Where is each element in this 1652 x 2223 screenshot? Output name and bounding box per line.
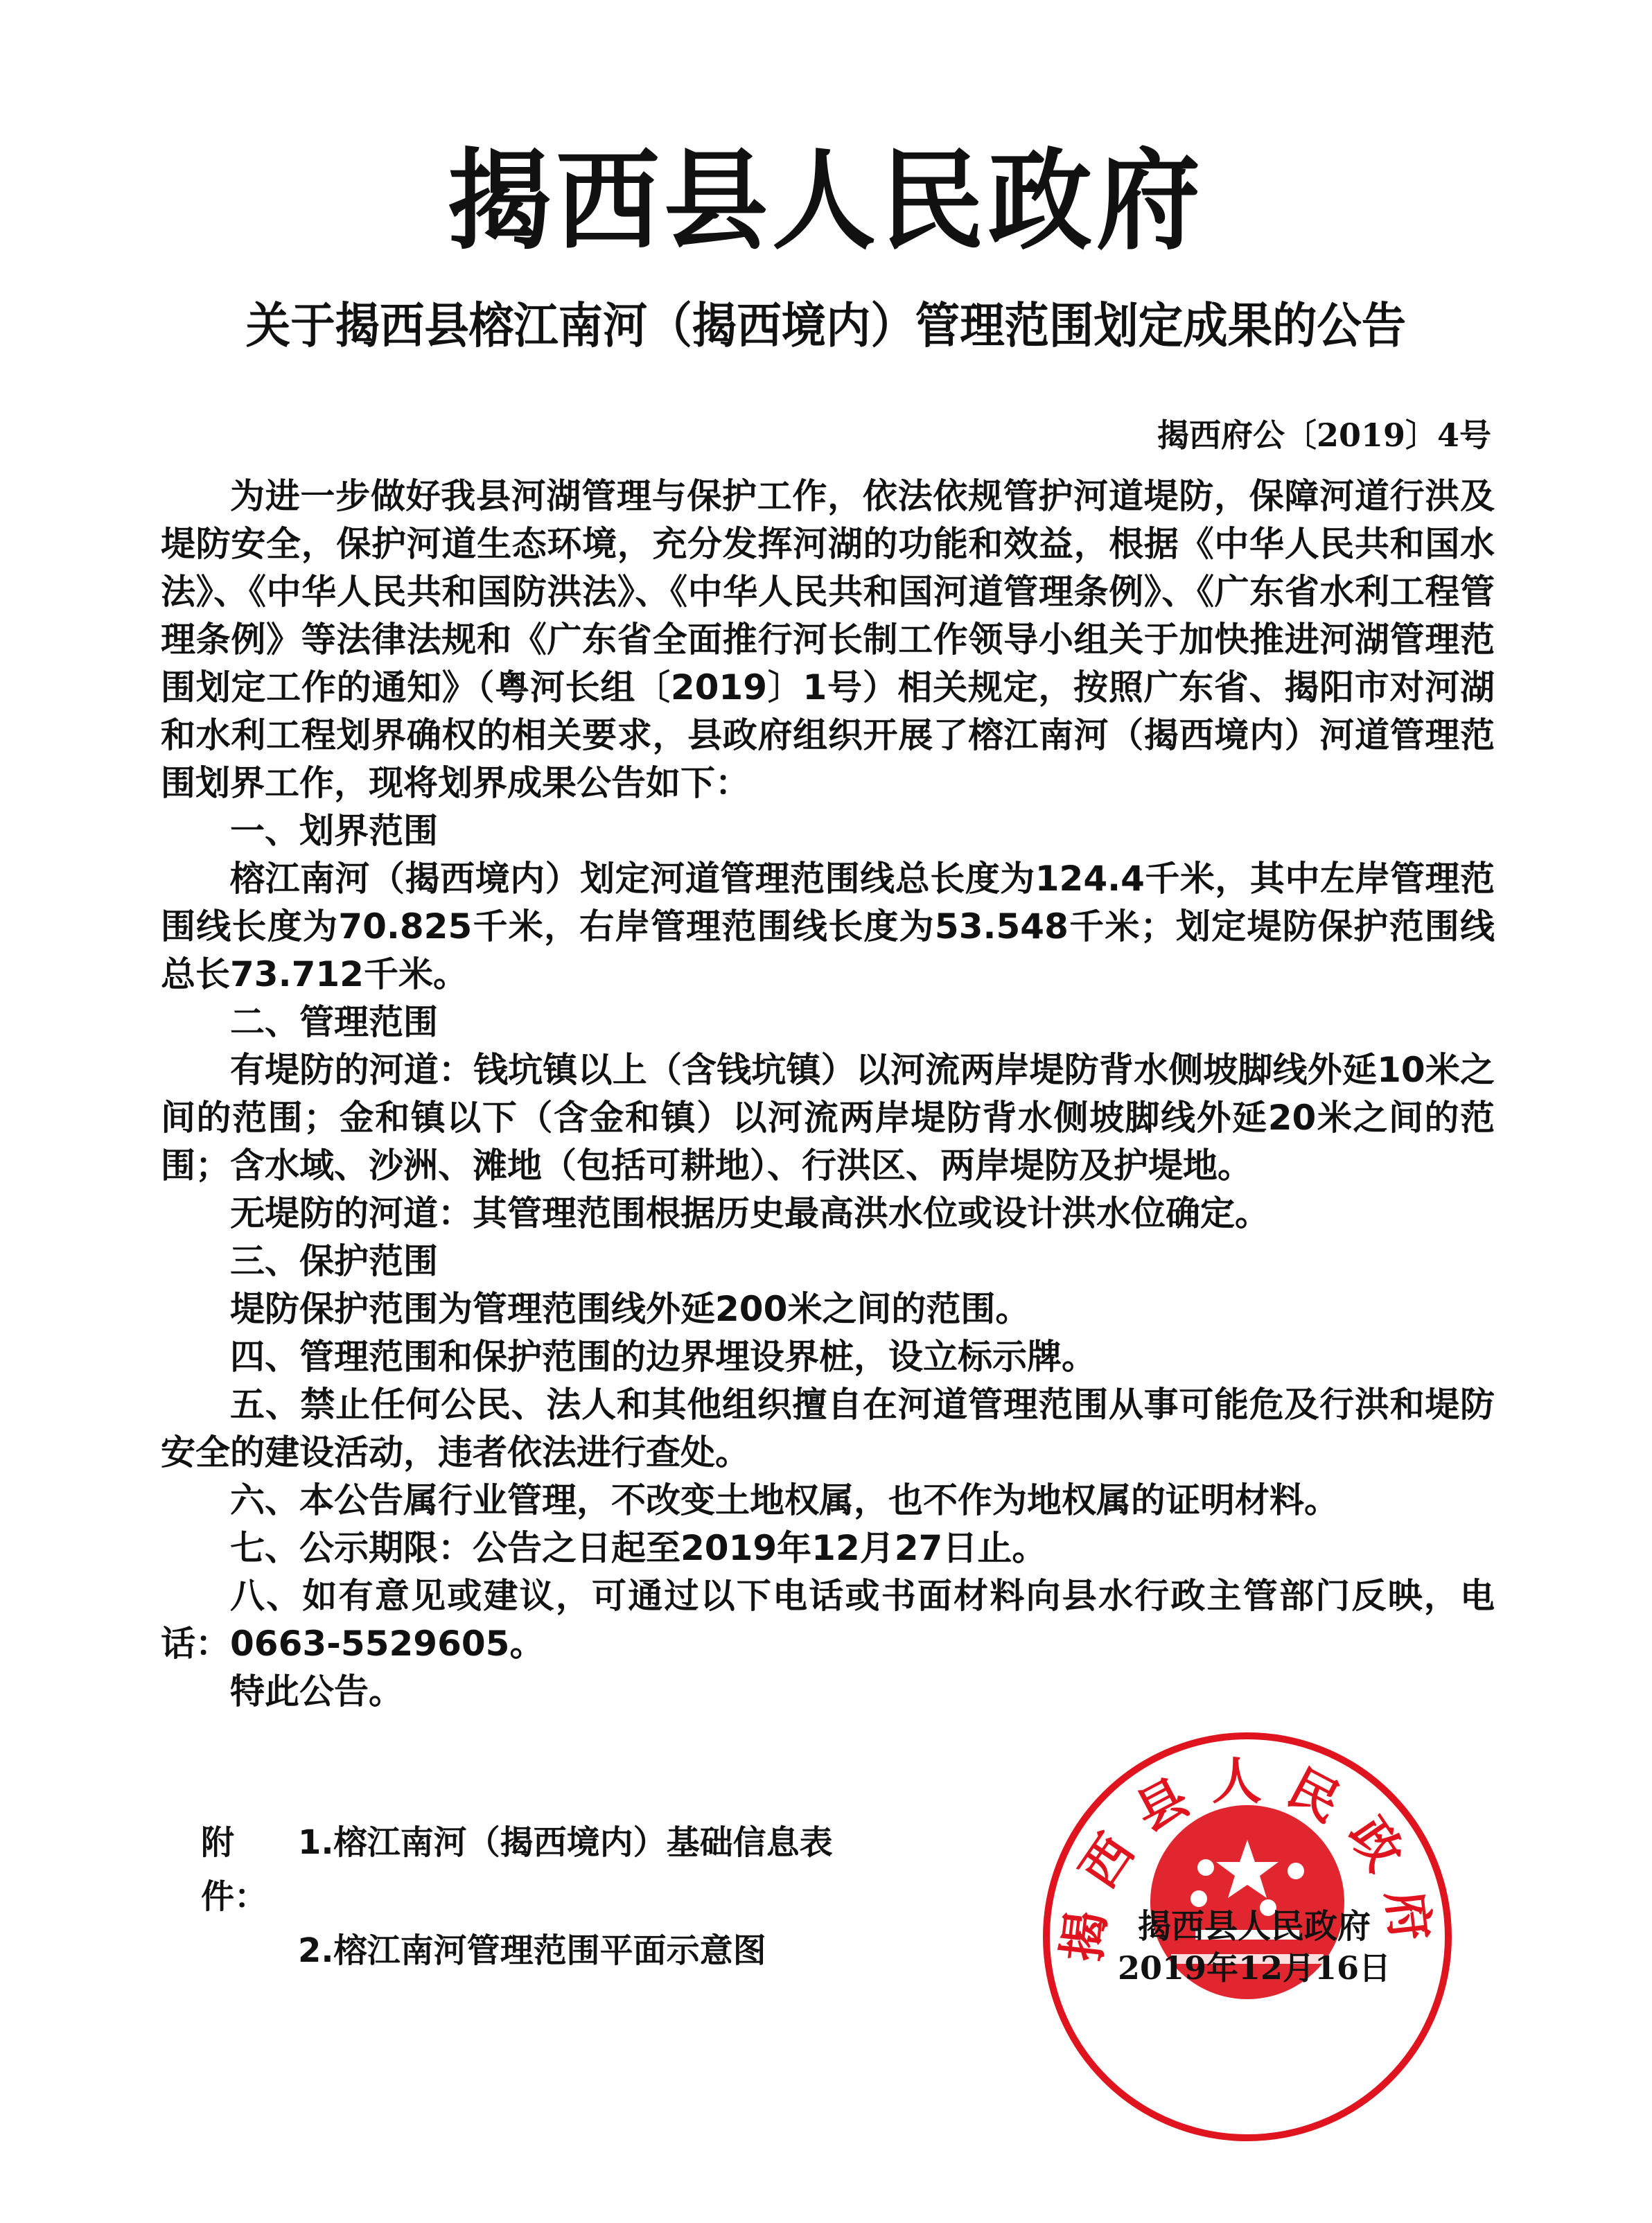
notice-item-8: 八、如有意见或建议，可通过以下电话或书面材料向县水行政主管部门反映，电话：066… [161, 1572, 1495, 1668]
notice-body: 为进一步做好我县河湖管理与保护工作，依法依规管护河道堤防，保障河道行洪及堤防安全… [161, 473, 1495, 1716]
document-number: 揭西府公〔2019〕4号 [1157, 414, 1491, 456]
section-paragraph: 榕江南河（揭西境内）划定河道管理范围线总长度为124.4千米，其中左岸管理范围线… [161, 855, 1495, 999]
attachments-block: 附件： 1.榕江南河（揭西境内）基础信息表 2.榕江南河管理范围平面示意图 [201, 1816, 833, 1978]
notice-item-5: 五、禁止任何公民、法人和其他组织擅自在河道管理范围从事可能危及行洪和堤防安全的建… [161, 1381, 1495, 1477]
section-heading-management: 二、管理范围 [161, 999, 1495, 1046]
closing-statement: 特此公告。 [161, 1668, 1495, 1716]
notice-item-4: 四、管理范围和保护范围的边界埋设界桩，设立标示牌。 [161, 1333, 1495, 1381]
signature-block: 揭西县人民政府 2019年12月16日 [1081, 1906, 1427, 1989]
attachment-item: 1.榕江南河（揭西境内）基础信息表 [298, 1816, 833, 1924]
section-heading-protection: 三、保护范围 [161, 1238, 1495, 1285]
notice-item-7: 七、公示期限：公告之日起至2019年12月27日止。 [161, 1525, 1495, 1572]
intro-paragraph: 为进一步做好我县河湖管理与保护工作，依法依规管护河道堤防，保障河道行洪及堤防安全… [161, 473, 1495, 807]
notice-subtitle: 关于揭西县榕江南河（揭西境内）管理范围划定成果的公告 [66, 295, 1585, 357]
section-heading-scope: 一、划界范围 [161, 807, 1495, 855]
section-paragraph: 无堤防的河道：其管理范围根据历史最高洪水位或设计洪水位确定。 [161, 1190, 1495, 1238]
signing-organization: 揭西县人民政府 [1081, 1906, 1427, 1947]
section-paragraph: 堤防保护范围为管理范围线外延200米之间的范围。 [161, 1285, 1495, 1333]
attachment-row: 附件： 1.榕江南河（揭西境内）基础信息表 [201, 1816, 833, 1924]
notice-item-6: 六、本公告属行业管理，不改变土地权属，也不作为地权属的证明材料。 [161, 1477, 1495, 1525]
section-paragraph: 有堤防的河道：钱坑镇以上（含钱坑镇）以河流两岸堤防背水侧坡脚线外延10米之间的范… [161, 1046, 1495, 1190]
attachment-item: 2.榕江南河管理范围平面示意图 [201, 1924, 833, 1978]
attachments-label: 附件： [201, 1816, 298, 1924]
page-title: 揭西县人民政府 [0, 139, 1652, 263]
signing-date: 2019年12月16日 [1081, 1947, 1427, 1989]
